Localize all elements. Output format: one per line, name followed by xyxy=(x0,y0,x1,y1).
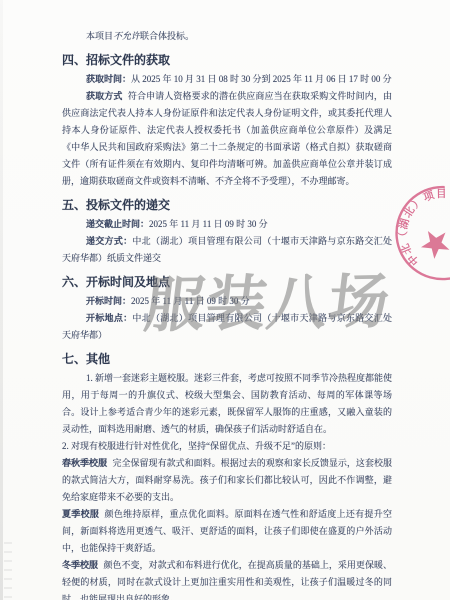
acquisition-time-label: 获取时间： xyxy=(86,74,131,84)
section-heading-other: 七、其他 xyxy=(62,351,392,367)
submission-method-paragraph: 递交方式：中北（湖北）项目管理有限公司（十堰市天津路与京东路交汇处天府华都）纸质… xyxy=(62,233,392,267)
section-heading-acquisition: 四、招标文件的获取 xyxy=(62,52,392,68)
opening-time-value: 2025 年 11 月 11 日 09 时 30 分 xyxy=(131,296,250,306)
scan-smudge-artifact xyxy=(4,542,12,598)
scan-edge-shadow xyxy=(0,0,3,600)
submission-deadline-line: 递交截止时间：2025 年 11 月 11 日 09 时 30 分 xyxy=(62,216,392,233)
acquisition-time-value: 从 2025 年 10 月 31 日 08 时 30 分到 2025 年 11 … xyxy=(131,74,392,84)
section-heading-opening: 六、开标时间及地点 xyxy=(62,274,392,290)
spring-autumn-uniform-paragraph: 春秋季校服完全保留现有款式和面料。根据过去的观察和家长反馈显示，这套校服的款式简… xyxy=(62,455,392,506)
acquisition-method-value: 符合申请人资格要求的潜在供应商应当在获取采购文件时间内，由供应商法定代表人持本人… xyxy=(62,91,392,186)
intro-line: 本项目不允许联合体投标。 xyxy=(62,28,392,45)
seal-text: 中北（湖北）项目管理有限公司 xyxy=(392,182,450,269)
summer-uniform-value: 颜色维持原样，重点优化面料。原面料在透气性和舒适度上还有提升空间，新面料将选用更… xyxy=(62,509,392,553)
document-page: 本项目不允许联合体投标。 四、招标文件的获取 获取时间：从 2025 年 10 … xyxy=(0,0,450,600)
opening-place-label: 开标地点： xyxy=(86,313,132,323)
spring-autumn-uniform-value: 完全保留现有款式和面料。根据过去的观察和家长反馈显示，这套校服的款式简洁大方，面… xyxy=(62,458,392,502)
winter-uniform-paragraph: 冬季校服颜色不变，对款式和布料进行优化，在提高质量的基础上，采用更保暖、轻便的材… xyxy=(62,557,392,600)
intro-prefix: 本项目 xyxy=(86,31,113,41)
spring-autumn-uniform-label: 春秋季校服 xyxy=(62,458,107,468)
winter-uniform-label: 冬季校服 xyxy=(62,560,98,570)
intro-suffix: 联合体投标。 xyxy=(140,31,194,41)
acquisition-time-line: 获取时间：从 2025 年 10 月 31 日 08 时 30 分到 2025 … xyxy=(62,71,392,88)
company-seal-stamp: 中北（湖北）项目管理有限公司 xyxy=(374,173,450,306)
opening-time-label: 开标时间： xyxy=(86,296,131,306)
winter-uniform-value: 颜色不变，对款式和布料进行优化，在提高质量的基础上，采用更保暖、轻便的材质，同时… xyxy=(62,560,392,600)
opening-time-line: 开标时间：2025 年 11 月 11 日 09 时 30 分 xyxy=(62,293,392,310)
summer-uniform-paragraph: 夏季校服颜色维持原样，重点优化面料。原面料在透气性和舒适度上还有提升空间，新面料… xyxy=(62,506,392,557)
document-body: 本项目不允许联合体投标。 四、招标文件的获取 获取时间：从 2025 年 10 … xyxy=(62,28,392,600)
other-new-uniform-paragraph: 1. 新增一套迷彩主题校服。迷彩三件套，考虑可按照不同季节冷热程度都能使用，用于… xyxy=(62,370,392,438)
star-icon xyxy=(416,224,450,262)
submission-deadline-label: 递交截止时间： xyxy=(86,219,149,229)
summer-uniform-label: 夏季校服 xyxy=(62,509,99,519)
intro-emphasis: 不允许 xyxy=(113,31,140,41)
acquisition-method-paragraph: 获取方式符合申请人资格要求的潜在供应商应当在获取采购文件时间内，由供应商法定代表… xyxy=(62,88,392,190)
acquisition-method-label: 获取方式 xyxy=(86,91,122,101)
submission-method-label: 递交方式： xyxy=(86,236,132,246)
other-optimize-paragraph: 2. 对现有校服进行针对性优化，坚持“保留优点、升级不足”的原则： xyxy=(62,438,392,455)
opening-place-line: 开标地点：中北（湖北）项目管理有限公司（十堰市天津路与京东路交汇处天府华都） xyxy=(62,310,392,344)
section-heading-submission: 五、投标文件的递交 xyxy=(62,197,392,213)
submission-deadline-value: 2025 年 11 月 11 日 09 时 30 分 xyxy=(149,219,268,229)
